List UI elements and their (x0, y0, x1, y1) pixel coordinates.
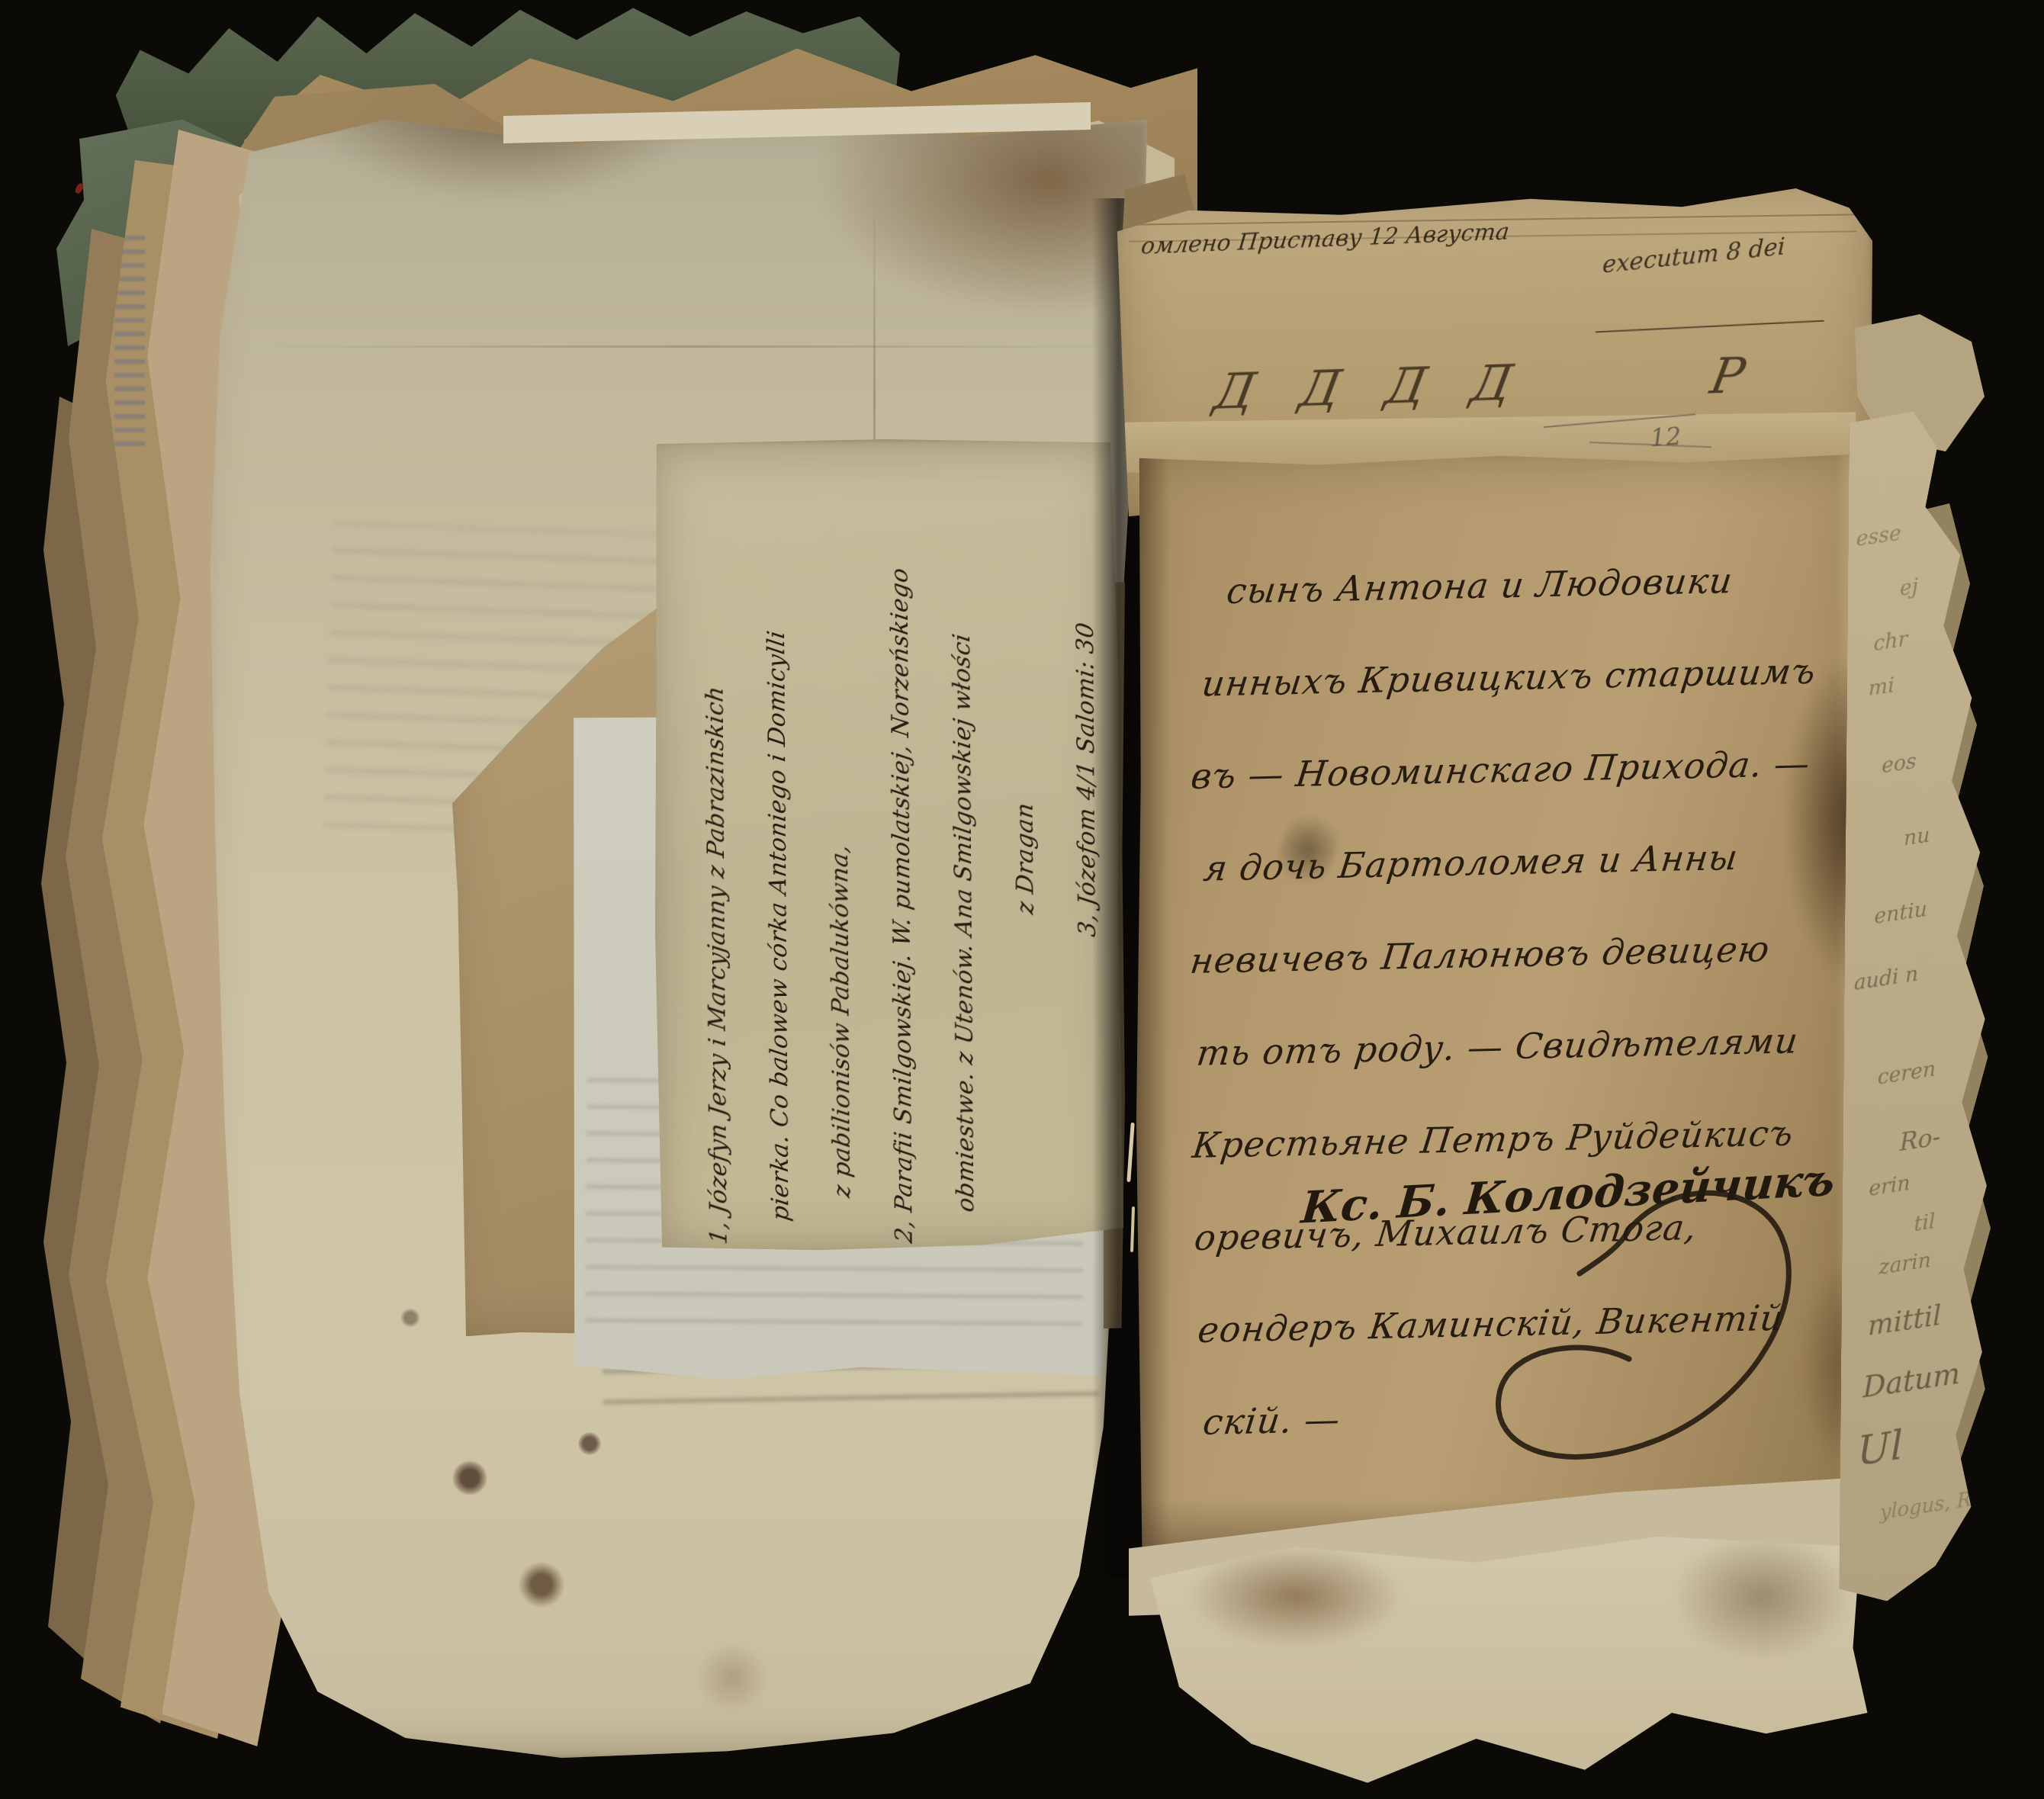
rotated-list-block: 1, Józefyn Jerzy i Marcyjanny z Pabrazin… (669, 470, 1101, 1245)
edge-fragment: erin (1869, 1171, 1911, 1200)
edge-fragment: eos (1882, 749, 1917, 778)
signature-flourish (1400, 1184, 1873, 1511)
edge-fragment: audi n (1854, 962, 1919, 995)
edge-fragment: ylogus, R (1880, 1488, 1972, 1524)
edge-fragment: Ul (1857, 1422, 1903, 1476)
red-speck (74, 182, 85, 194)
body-line: сынъ Антона и Людовики (1178, 547, 1841, 624)
edge-fragment: nu (1904, 823, 1930, 850)
body-line: въ — Новоминскаго Прихода. — (1181, 731, 1845, 808)
bottom-crumpled-sheet (1150, 1531, 1875, 1791)
list-line: 2, Parafii Smilgowskiej. W. pumolatskiej… (883, 469, 921, 1245)
pencil-mark: 12 (1649, 422, 1682, 453)
body-line: невичевъ Палюнювъ девицею (1185, 916, 1849, 993)
ink-stain (517, 1562, 566, 1608)
list-line: pierka. Co balowew córka Antoniego i Dom… (760, 470, 798, 1246)
list-line: 1, Józefyn Jerzy i Marcyjanny z Pabrazin… (698, 471, 736, 1247)
body-line: инныхъ Кривицкихъ старшимъ (1179, 639, 1843, 716)
body-line: ть отъ роду. — Свидѣтелями (1187, 1008, 1850, 1085)
edge-fragment: til (1914, 1210, 1936, 1236)
edge-fragment: chr (1873, 627, 1907, 656)
list-sheet: 1, Józefyn Jerzy i Marcyjanny z Pabrazin… (647, 438, 1125, 1255)
edge-fragment: ceren (1878, 1057, 1936, 1090)
edge-fragment: esse (1856, 521, 1901, 551)
edge-fragment: Datum (1862, 1356, 1960, 1404)
list-line: obmiestwe. z Utenów. Ana Smilgowskiej wł… (945, 468, 983, 1245)
scorch-right (1672, 1531, 1853, 1661)
list-line: z pabilionisów Pabalukówna, (821, 470, 860, 1246)
list-line: z Dragan (1007, 468, 1045, 1245)
top-note-right: executum 8 dei (1602, 233, 1785, 279)
smudge-stain (690, 1647, 774, 1708)
ink-stain (452, 1460, 487, 1495)
archival-photo-scene: 1, Józefyn Jerzy i Marcyjanny z Pabrazin… (0, 0, 2044, 1799)
ink-stain (578, 1432, 601, 1455)
edge-fragment: entiu (1874, 897, 1927, 929)
edge-fragment: mi (1869, 673, 1895, 701)
edge-fragment: mittil (1868, 1299, 1942, 1342)
edge-fragment: zarin (1878, 1248, 1931, 1280)
ink-stain (400, 1309, 420, 1327)
right-strip-front: esse ej chr mi eos nu entiu audi n ceren… (1839, 411, 2010, 1602)
note-underline (1596, 320, 1824, 333)
horizontal-fold (252, 345, 1129, 348)
edge-fragment: Ro- (1900, 1122, 1941, 1157)
body-line: я дочь Бартоломея и Анны (1183, 824, 1846, 901)
top-note-left: омлено Приставу 12 Августа (1139, 218, 1510, 260)
edge-fragment: ej (1900, 574, 1918, 601)
book-page: сынъ Антона и Людовики инныхъ Кривицкихъ… (1133, 451, 1872, 1565)
